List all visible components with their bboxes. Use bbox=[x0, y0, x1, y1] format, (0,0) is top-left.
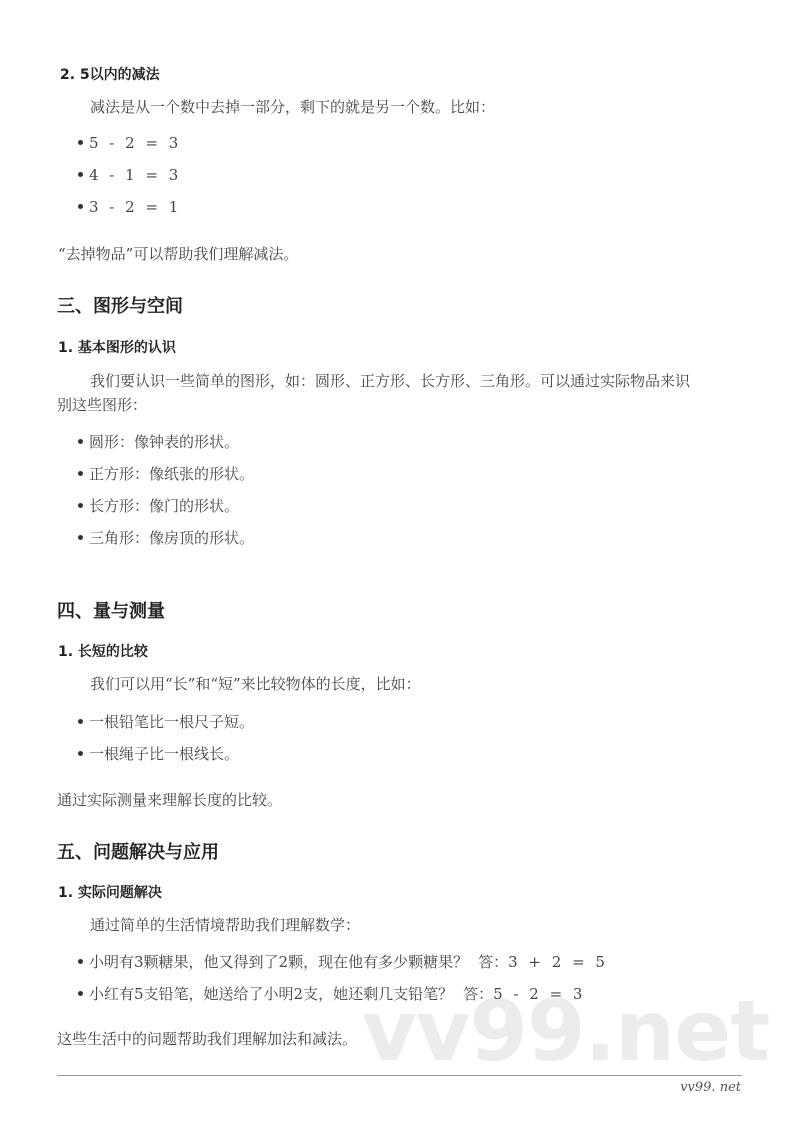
footer-text: vv99. net bbox=[680, 1080, 741, 1095]
list-item: 一根绳子比一根线长。 bbox=[78, 743, 239, 764]
bullet-icon bbox=[78, 719, 83, 724]
bullet-icon bbox=[78, 751, 83, 756]
bullet-icon bbox=[78, 535, 83, 540]
list-item: 长方形：像门的形状。 bbox=[78, 495, 239, 516]
section-title-measurement: 四、量与测量 bbox=[57, 597, 165, 623]
list-item: 4 - 1 = 3 bbox=[78, 166, 181, 184]
bullet-icon bbox=[78, 140, 83, 145]
list-item: 小明有3颗糖果，他又得到了2颗，现在他有多少颗糖果？答：3 + 2 = 5 bbox=[78, 951, 608, 972]
paragraph-length-intro: 我们可以用“长”和“短”来比较物体的长度，比如： bbox=[90, 673, 421, 694]
bullet-icon bbox=[78, 471, 83, 476]
list-item: 正方形：像纸张的形状。 bbox=[78, 463, 254, 484]
paragraph-subtraction-intro: 减法是从一个数中去掉一部分，剩下的就是另一个数。比如： bbox=[90, 96, 495, 117]
section-title-problem-solving: 五、问题解决与应用 bbox=[57, 838, 219, 864]
list-item: 一根铅笔比一根尺子短。 bbox=[78, 711, 254, 732]
bullet-icon bbox=[78, 991, 83, 996]
list-item: 三角形：像房顶的形状。 bbox=[78, 527, 254, 548]
bullet-icon bbox=[78, 172, 83, 177]
document-page: vv99.net 2. 5以内的减法 减法是从一个数中去掉一部分，剩下的就是另一… bbox=[0, 0, 800, 1130]
paragraph-subtraction-outro: “去掉物品”可以帮助我们理解减法。 bbox=[58, 243, 298, 264]
bullet-icon bbox=[78, 439, 83, 444]
bullet-icon bbox=[78, 503, 83, 508]
subsection-title-subtraction: 2. 5以内的减法 bbox=[60, 64, 160, 84]
bullet-icon bbox=[78, 204, 83, 209]
subsection-title-practical-problems: 1. 实际问题解决 bbox=[58, 882, 162, 902]
footer-divider bbox=[57, 1075, 742, 1076]
paragraph-problems-outro: 这些生活中的问题帮助我们理解加法和减法。 bbox=[57, 1028, 357, 1049]
subsection-title-shapes: 1. 基本图形的认识 bbox=[58, 337, 176, 357]
paragraph-shapes-intro-line1: 我们要认识一些简单的图形，如：圆形、正方形、长方形、三角形。可以通过实际物品来识 bbox=[90, 370, 690, 391]
list-item: 圆形：像钟表的形状。 bbox=[78, 431, 239, 452]
list-item: 3 - 2 = 1 bbox=[78, 198, 181, 216]
bullet-icon bbox=[78, 959, 83, 964]
paragraph-length-outro: 通过实际测量来理解长度的比较。 bbox=[57, 789, 282, 810]
section-title-shapes: 三、图形与空间 bbox=[57, 292, 183, 318]
list-item: 5 - 2 = 3 bbox=[78, 134, 181, 152]
paragraph-shapes-intro-line2: 别这些图形： bbox=[57, 394, 147, 415]
list-item: 小红有5支铅笔，她送给了小明2支，她还剩几支铅笔？答：5 - 2 = 3 bbox=[78, 983, 585, 1004]
paragraph-problems-intro: 通过简单的生活情境帮助我们理解数学： bbox=[90, 914, 360, 935]
subsection-title-length: 1. 长短的比较 bbox=[58, 641, 148, 661]
